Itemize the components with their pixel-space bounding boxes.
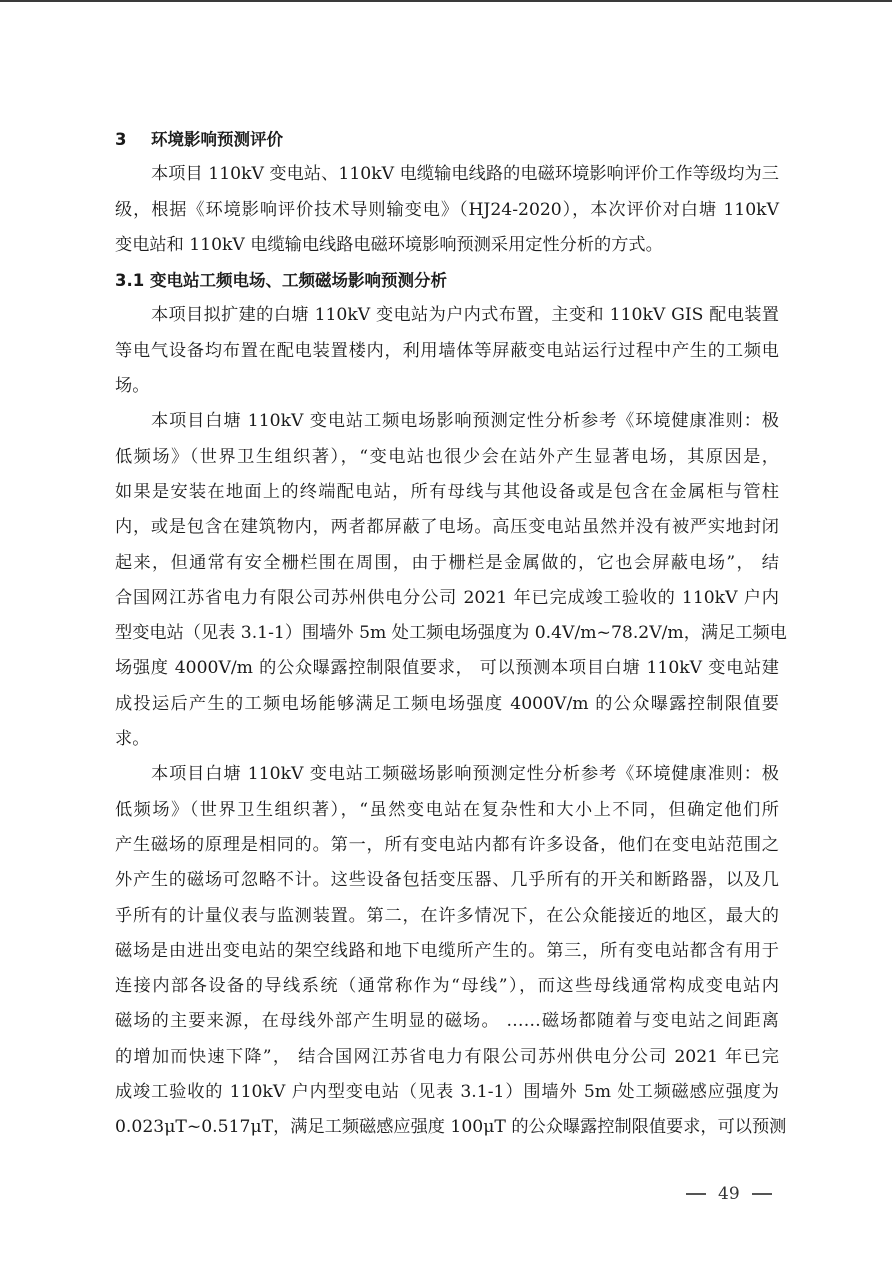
- paragraph-2: 本项目拟扩建的白塘 110kV 变电站为户内式布置，主变和 110kV GIS …: [115, 298, 779, 404]
- text-line: 连接内部各设备的导线系统（通常称作为“母线”），而这些母线通常构成变电站内: [115, 969, 779, 1004]
- text-line: 本项目拟扩建的白塘 110kV 变电站为户内式布置，主变和 110kV GIS …: [115, 298, 779, 333]
- page-footer: 49: [686, 1184, 772, 1204]
- text-line: 的增加而快速下降”， 结合国网江苏省电力有限公司苏州供电分公司 2021 年已完: [115, 1040, 779, 1075]
- text-line: 场。: [115, 369, 779, 404]
- paragraph-1: 本项目 110kV 变电站、110kV 电缆输电线路的电磁环境影响评价工作等级均…: [115, 157, 779, 263]
- dash-left: [686, 1193, 706, 1195]
- text-line: 起来，但通常有安全栅栏围在周围，由于栅栏是金属做的，它也会屏蔽电场”， 结: [115, 546, 779, 581]
- text-line: 低频场》（世界卫生组织著），“虽然变电站在复杂性和大小上不同，但确定他们所: [115, 793, 779, 828]
- section-heading-3: 3环境影响预测评价: [115, 122, 779, 157]
- text-line: 合国网江苏省电力有限公司苏州供电分公司 2021 年已完成竣工验收的 110kV…: [115, 581, 779, 616]
- text-line: 求。: [115, 722, 779, 757]
- text-line: 本项目 110kV 变电站、110kV 电缆输电线路的电磁环境影响评价工作等级均…: [115, 157, 779, 192]
- text-line: 乎所有的计量仪表与监测装置。第二，在许多情况下，在公众能接近的地区，最大的: [115, 899, 779, 934]
- text-line: 型变电站（见表 3.1-1）围墙外 5m 处工频电场强度为 0.4V/m~78.…: [115, 616, 779, 651]
- text-line: 内，或是包含在建筑物内，两者都屏蔽了电场。高压变电站虽然并没有被严实地封闭: [115, 510, 779, 545]
- text-line: 外产生的磁场可忽略不计。这些设备包括变压器、几乎所有的开关和断路器，以及几: [115, 863, 779, 898]
- text-line: 级，根据《环境影响评价技术导则输变电》（HJ24-2020），本次评价对白塘 1…: [115, 193, 779, 228]
- top-border-rule: [0, 0, 892, 2]
- text-line: 产生磁场的原理是相同的。第一，所有变电站内都有许多设备，他们在变电站范围之: [115, 828, 779, 863]
- text-line: 变电站和 110kV 电缆输电线路电磁环境影响预测采用定性分析的方式。: [115, 228, 779, 263]
- page-number: 49: [718, 1184, 740, 1204]
- section-number: 3: [115, 122, 151, 157]
- text-line: 0.023μT~0.517μT，满足工频磁感应强度 100μT 的公众曝露控制限…: [115, 1110, 779, 1145]
- text-line: 磁场是由进出变电站的架空线路和地下电缆所产生的。第三，所有变电站都含有用于: [115, 934, 779, 969]
- paragraph-3: 本项目白塘 110kV 变电站工频电场影响预测定性分析参考《环境健康准则：极 低…: [115, 404, 779, 757]
- text-line: 成投运后产生的工频电场能够满足工频电场强度 4000V/m 的公众曝露控制限值要: [115, 687, 779, 722]
- text-line: 场强度 4000V/m 的公众曝露控制限值要求， 可以预测本项目白塘 110kV…: [115, 651, 779, 686]
- text-line: 如果是安装在地面上的终端配电站，所有母线与其他设备或是包含在金属柜与管柱: [115, 475, 779, 510]
- text-line: 低频场》（世界卫生组织著），“变电站也很少会在站外产生显著电场，其原因是，: [115, 440, 779, 475]
- dash-right: [752, 1193, 772, 1195]
- text-line: 磁场的主要来源，在母线外部产生明显的磁场。 ……磁场都随着与变电站之间距离: [115, 1004, 779, 1039]
- text-line: 本项目白塘 110kV 变电站工频磁场影响预测定性分析参考《环境健康准则：极: [115, 757, 779, 792]
- text-line: 本项目白塘 110kV 变电站工频电场影响预测定性分析参考《环境健康准则：极: [115, 404, 779, 439]
- text-line: 等电气设备均布置在配电装置楼内，利用墙体等屏蔽变电站运行过程中产生的工频电: [115, 334, 779, 369]
- paragraph-4: 本项目白塘 110kV 变电站工频磁场影响预测定性分析参考《环境健康准则：极 低…: [115, 757, 779, 1145]
- document-page: 3环境影响预测评价 本项目 110kV 变电站、110kV 电缆输电线路的电磁环…: [115, 122, 779, 1146]
- text-line: 成竣工验收的 110kV 户内型变电站（见表 3.1-1）围墙外 5m 处工频磁…: [115, 1075, 779, 1110]
- section-title: 环境影响预测评价: [151, 130, 283, 149]
- section-heading-3-1: 3.1 变电站工频电场、工频磁场影响预测分析: [115, 263, 779, 298]
